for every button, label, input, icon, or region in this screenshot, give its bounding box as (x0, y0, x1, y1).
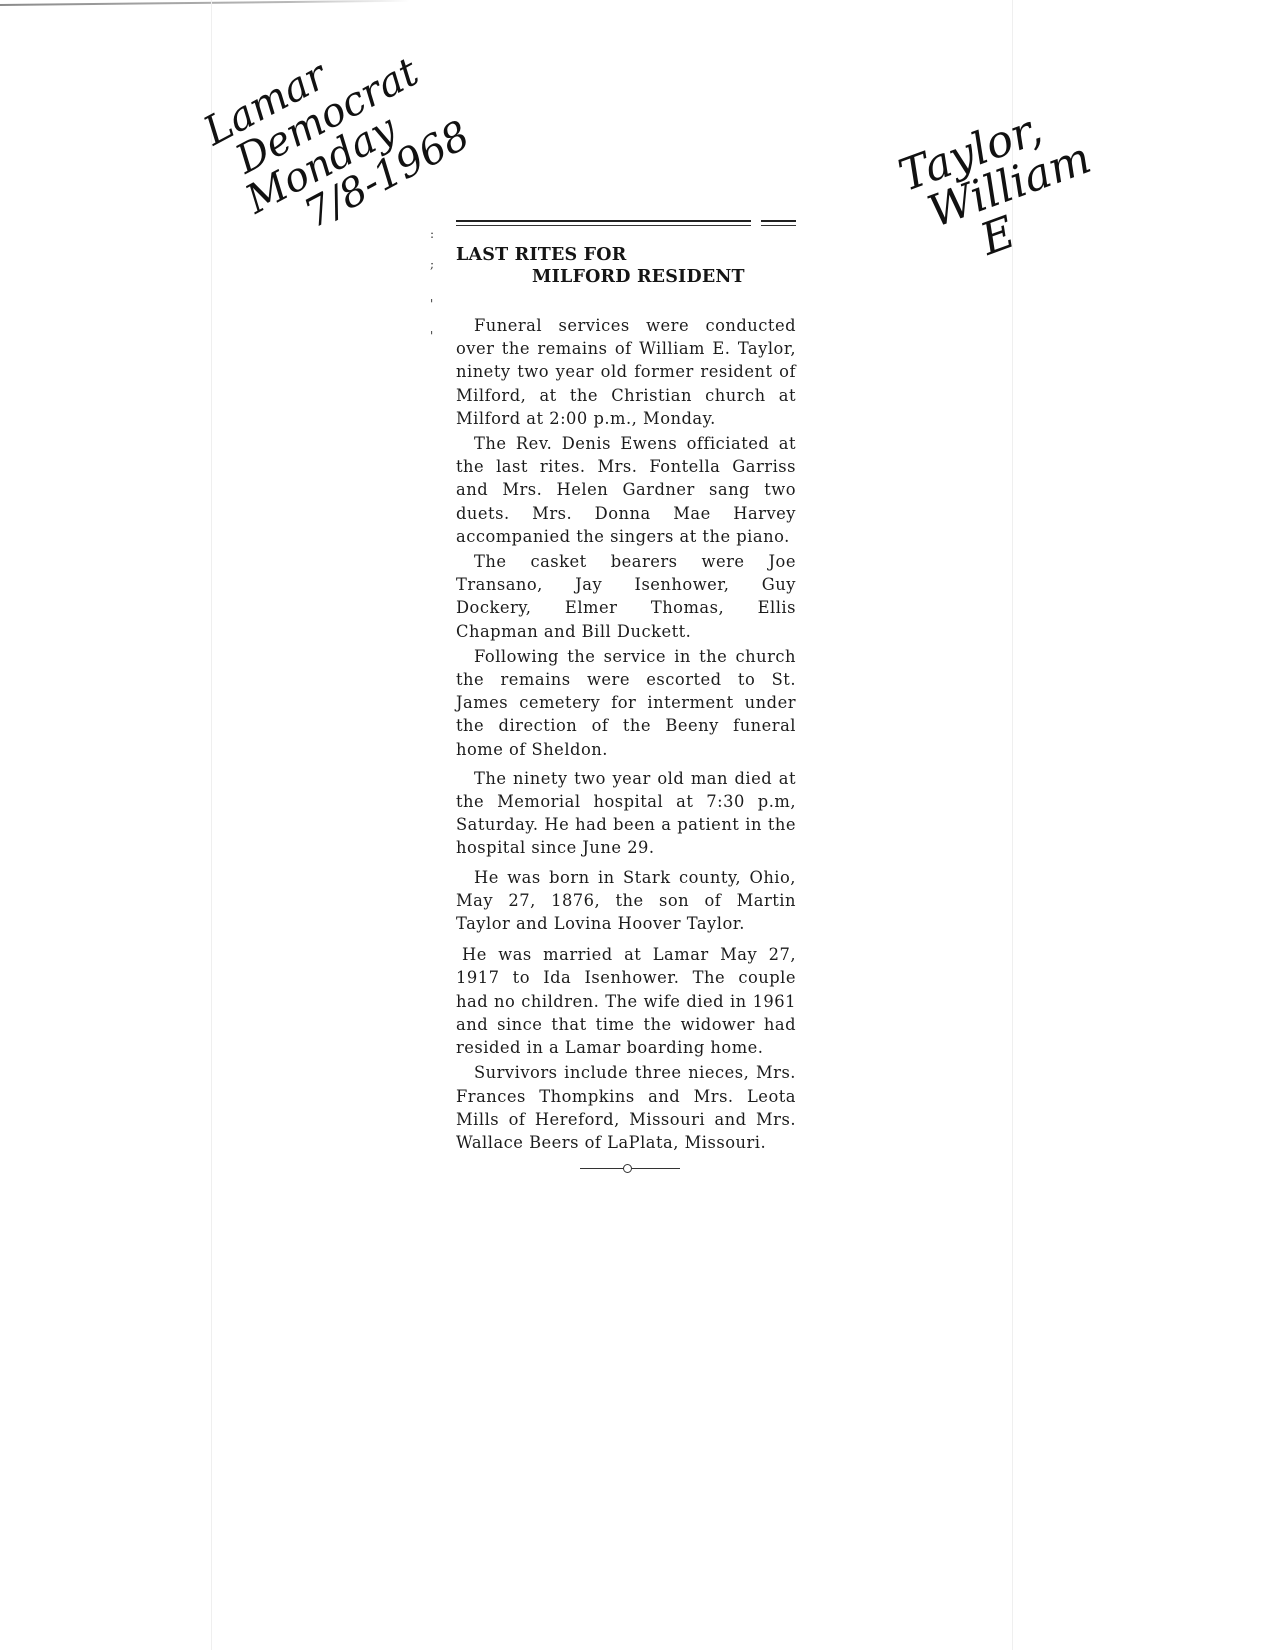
paragraph-casket-bearers: The casket bearers were Joe Transano, Ja… (456, 550, 796, 643)
paragraph-marriage: He was married at Lamar May 27, 1917 to … (456, 943, 796, 1059)
handwritten-name-note: Taylor, William E (880, 31, 1193, 308)
fold-line (211, 0, 212, 1650)
margin-mark: ' (430, 298, 433, 310)
scanned-page: Lamar Democrat Monday 7/8-1968 Taylor, W… (0, 0, 1275, 1650)
paragraph-interment: Following the service in the church the … (456, 645, 796, 761)
handwritten-source-note: Lamar Democrat Monday 7/8-1968 (150, 0, 478, 265)
paragraph-officiant: The Rev. Denis Ewens officiated at the l… (456, 432, 796, 548)
margin-mark: ' (430, 330, 433, 342)
paragraph-funeral-services: Funeral services were conducted over the… (456, 314, 796, 430)
margin-mark: ; (430, 258, 434, 270)
margin-mark: : (430, 228, 434, 240)
paragraph-birth: He was born in Stark county, Ohio, May 2… (456, 866, 796, 936)
headline-rule (456, 218, 796, 230)
article-body: Funeral services were conducted over the… (456, 314, 796, 1154)
headline-line-2: MILFORD RESIDENT (456, 266, 820, 288)
newspaper-clipping: : ; ' ' LAST RITES FOR MILFORD RESIDENT … (440, 218, 820, 1174)
end-of-article-mark (580, 1162, 680, 1174)
paragraph-death: The ninety two year old man died at the … (456, 767, 796, 860)
headline-line-1: LAST RITES FOR (456, 244, 820, 266)
headline: LAST RITES FOR MILFORD RESIDENT (456, 244, 820, 288)
paragraph-survivors: Survivors include three nieces, Mrs. Fra… (456, 1061, 796, 1154)
